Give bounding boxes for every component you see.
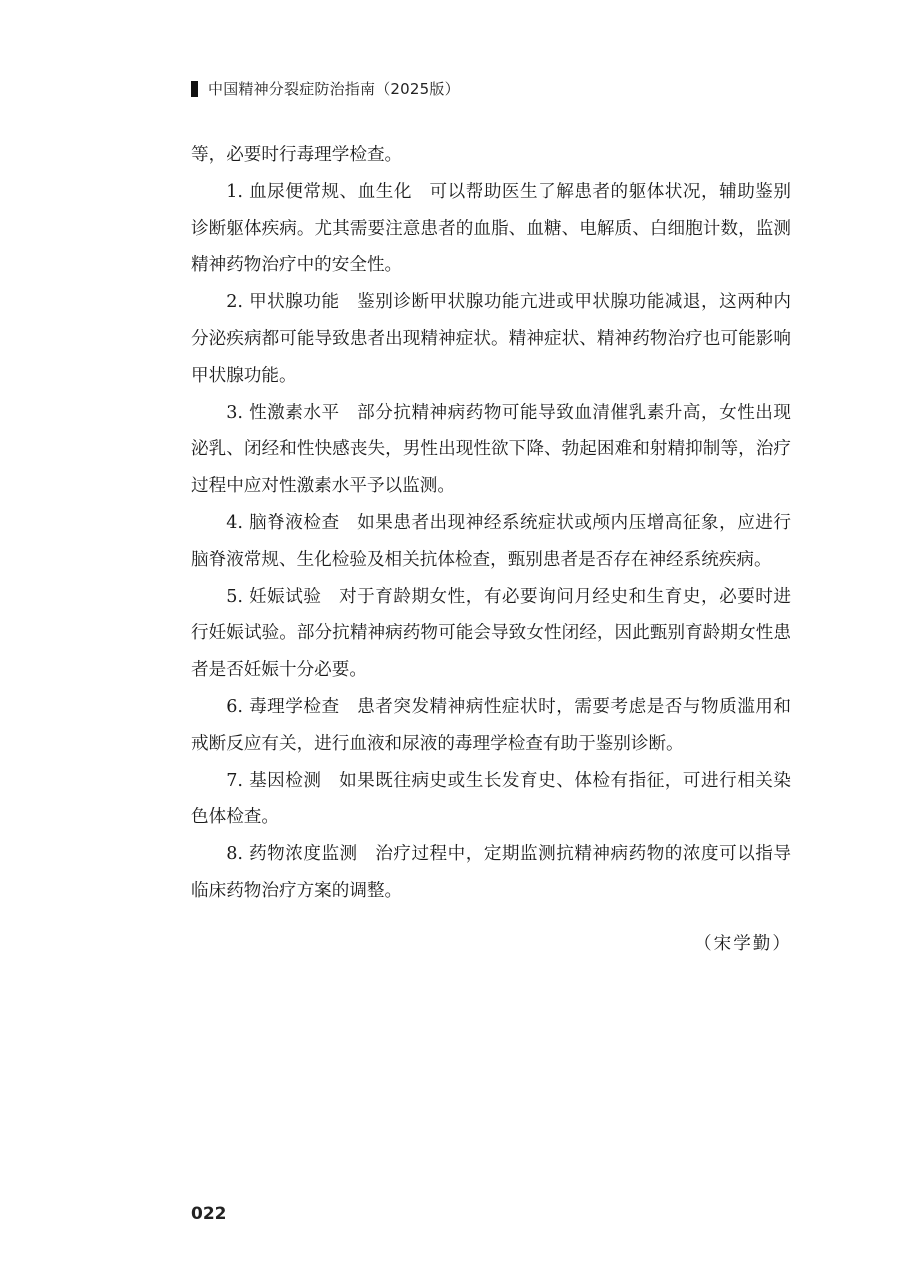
list-item: 7. 基因检测如果既往病史或生长发育史、体检有指征，可进行相关染色体检查。 [191,763,791,837]
running-header: 中国精神分裂症防治指南（2025版） [191,78,460,99]
item-title: 5. 妊娠试验 [226,587,321,607]
list-item: 3. 性激素水平部分抗精神病药物可能导致血清催乳素升高，女性出现泌乳、闭经和性快… [191,395,791,505]
header-title: 中国精神分裂症防治指南（2025版） [208,78,460,99]
item-title: 2. 甲状腺功能 [226,292,339,312]
page-number: 022 [191,1204,227,1224]
item-title: 4. 脑脊液检查 [226,513,339,533]
continuation-paragraph: 等，必要时行毒理学检查。 [191,137,791,174]
item-title: 6. 毒理学检查 [226,697,339,717]
page-body: 等，必要时行毒理学检查。 1. 血尿便常规、血生化可以帮助医生了解患者的躯体状况… [191,137,791,910]
item-title: 1. 血尿便常规、血生化 [226,182,412,202]
header-marker-icon [191,81,198,97]
list-item: 4. 脑脊液检查如果患者出现神经系统症状或颅内压增高征象，应进行脑脊液常规、生化… [191,505,791,579]
list-item: 8. 药物浓度监测治疗过程中，定期监测抗精神病药物的浓度可以指导临床药物治疗方案… [191,836,791,910]
item-title: 3. 性激素水平 [226,403,339,423]
list-item: 5. 妊娠试验对于育龄期女性，有必要询问月经史和生育史，必要时进行妊娠试验。部分… [191,579,791,689]
item-title: 8. 药物浓度监测 [226,844,357,864]
list-item: 6. 毒理学检查患者突发精神病性症状时，需要考虑是否与物质滥用和戒断反应有关，进… [191,689,791,763]
list-item: 1. 血尿便常规、血生化可以帮助医生了解患者的躯体状况，辅助鉴别诊断躯体疾病。尤… [191,174,791,284]
author-attribution: （宋学勤） [694,930,792,955]
list-item: 2. 甲状腺功能鉴别诊断甲状腺功能亢进或甲状腺功能减退，这两种内分泌疾病都可能导… [191,284,791,394]
item-title: 7. 基因检测 [226,771,321,791]
